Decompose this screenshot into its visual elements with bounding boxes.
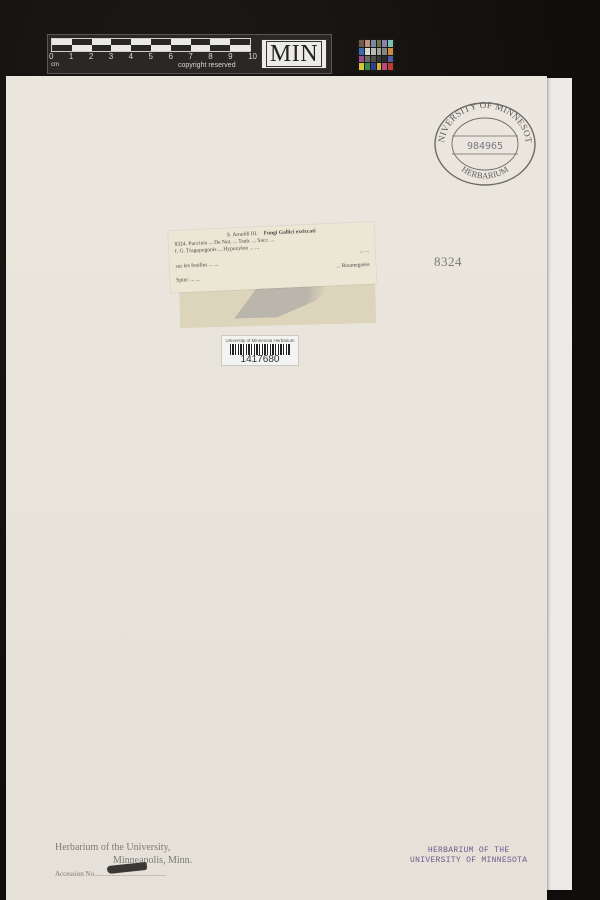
scale-ruler: 0 1 2 3 4 5 6 7 8 9 10 cm copyright rese…	[47, 34, 332, 74]
color-swatch	[377, 48, 382, 55]
svg-text:HERBARIUM: HERBARIUM	[460, 164, 510, 181]
color-swatch	[365, 56, 370, 63]
color-swatch	[377, 40, 382, 47]
color-swatch	[382, 40, 387, 47]
ruler-copyright: copyright reserved	[178, 62, 236, 69]
barcode-number: 1417680	[222, 355, 298, 365]
color-swatch	[371, 48, 376, 55]
color-swatch	[382, 48, 387, 55]
svg-text:UNIVERSITY OF MINNESOTA: UNIVERSITY OF MINNESOTA	[432, 100, 534, 144]
specimen-label: S. Arnoldi III. Fungi Gallici exsiccati …	[168, 222, 377, 293]
color-swatch	[371, 56, 376, 63]
color-swatch	[365, 40, 370, 47]
color-swatch	[359, 48, 364, 55]
svg-text:984965: 984965	[467, 141, 503, 152]
color-swatch	[388, 40, 393, 47]
herbarium-stamp: UNIVERSITY OF MINNESOTA HERBARIUM 984965	[432, 100, 538, 186]
color-swatch	[359, 40, 364, 47]
catalog-number-handwritten: 8324	[434, 254, 462, 270]
herbarium-sheet	[6, 76, 547, 900]
ruler-numbers: 0 1 2 3 4 5 6 7 8 9 10	[49, 52, 257, 61]
color-swatch	[359, 56, 364, 63]
color-swatch	[388, 56, 393, 63]
color-swatch	[377, 63, 382, 70]
herbarium-logo: MIN	[261, 39, 327, 69]
color-swatch	[371, 40, 376, 47]
barcode-label: University of Minnesota Herbarium 141768…	[221, 335, 299, 366]
color-swatch	[382, 56, 387, 63]
color-swatch	[382, 63, 387, 70]
color-swatch	[371, 63, 376, 70]
footer-institution: Herbarium of the University,	[55, 842, 170, 853]
stamp-seal-icon: UNIVERSITY OF MINNESOTA HERBARIUM 984965	[432, 100, 538, 186]
color-swatch	[359, 63, 364, 70]
ruler-unit: cm	[51, 62, 59, 68]
ruler-bar	[51, 38, 251, 52]
color-swatch	[365, 63, 370, 70]
barcode-caption: University of Minnesota Herbarium	[222, 338, 298, 343]
color-swatch	[365, 48, 370, 55]
color-swatch	[388, 63, 393, 70]
color-swatch	[377, 56, 382, 63]
library-stamp: HERBARIUM OF THE UNIVERSITY OF MINNESOTA	[410, 846, 527, 866]
footer-accession: Accession No............................…	[55, 870, 166, 878]
color-swatch	[388, 48, 393, 55]
color-checker	[357, 38, 395, 72]
